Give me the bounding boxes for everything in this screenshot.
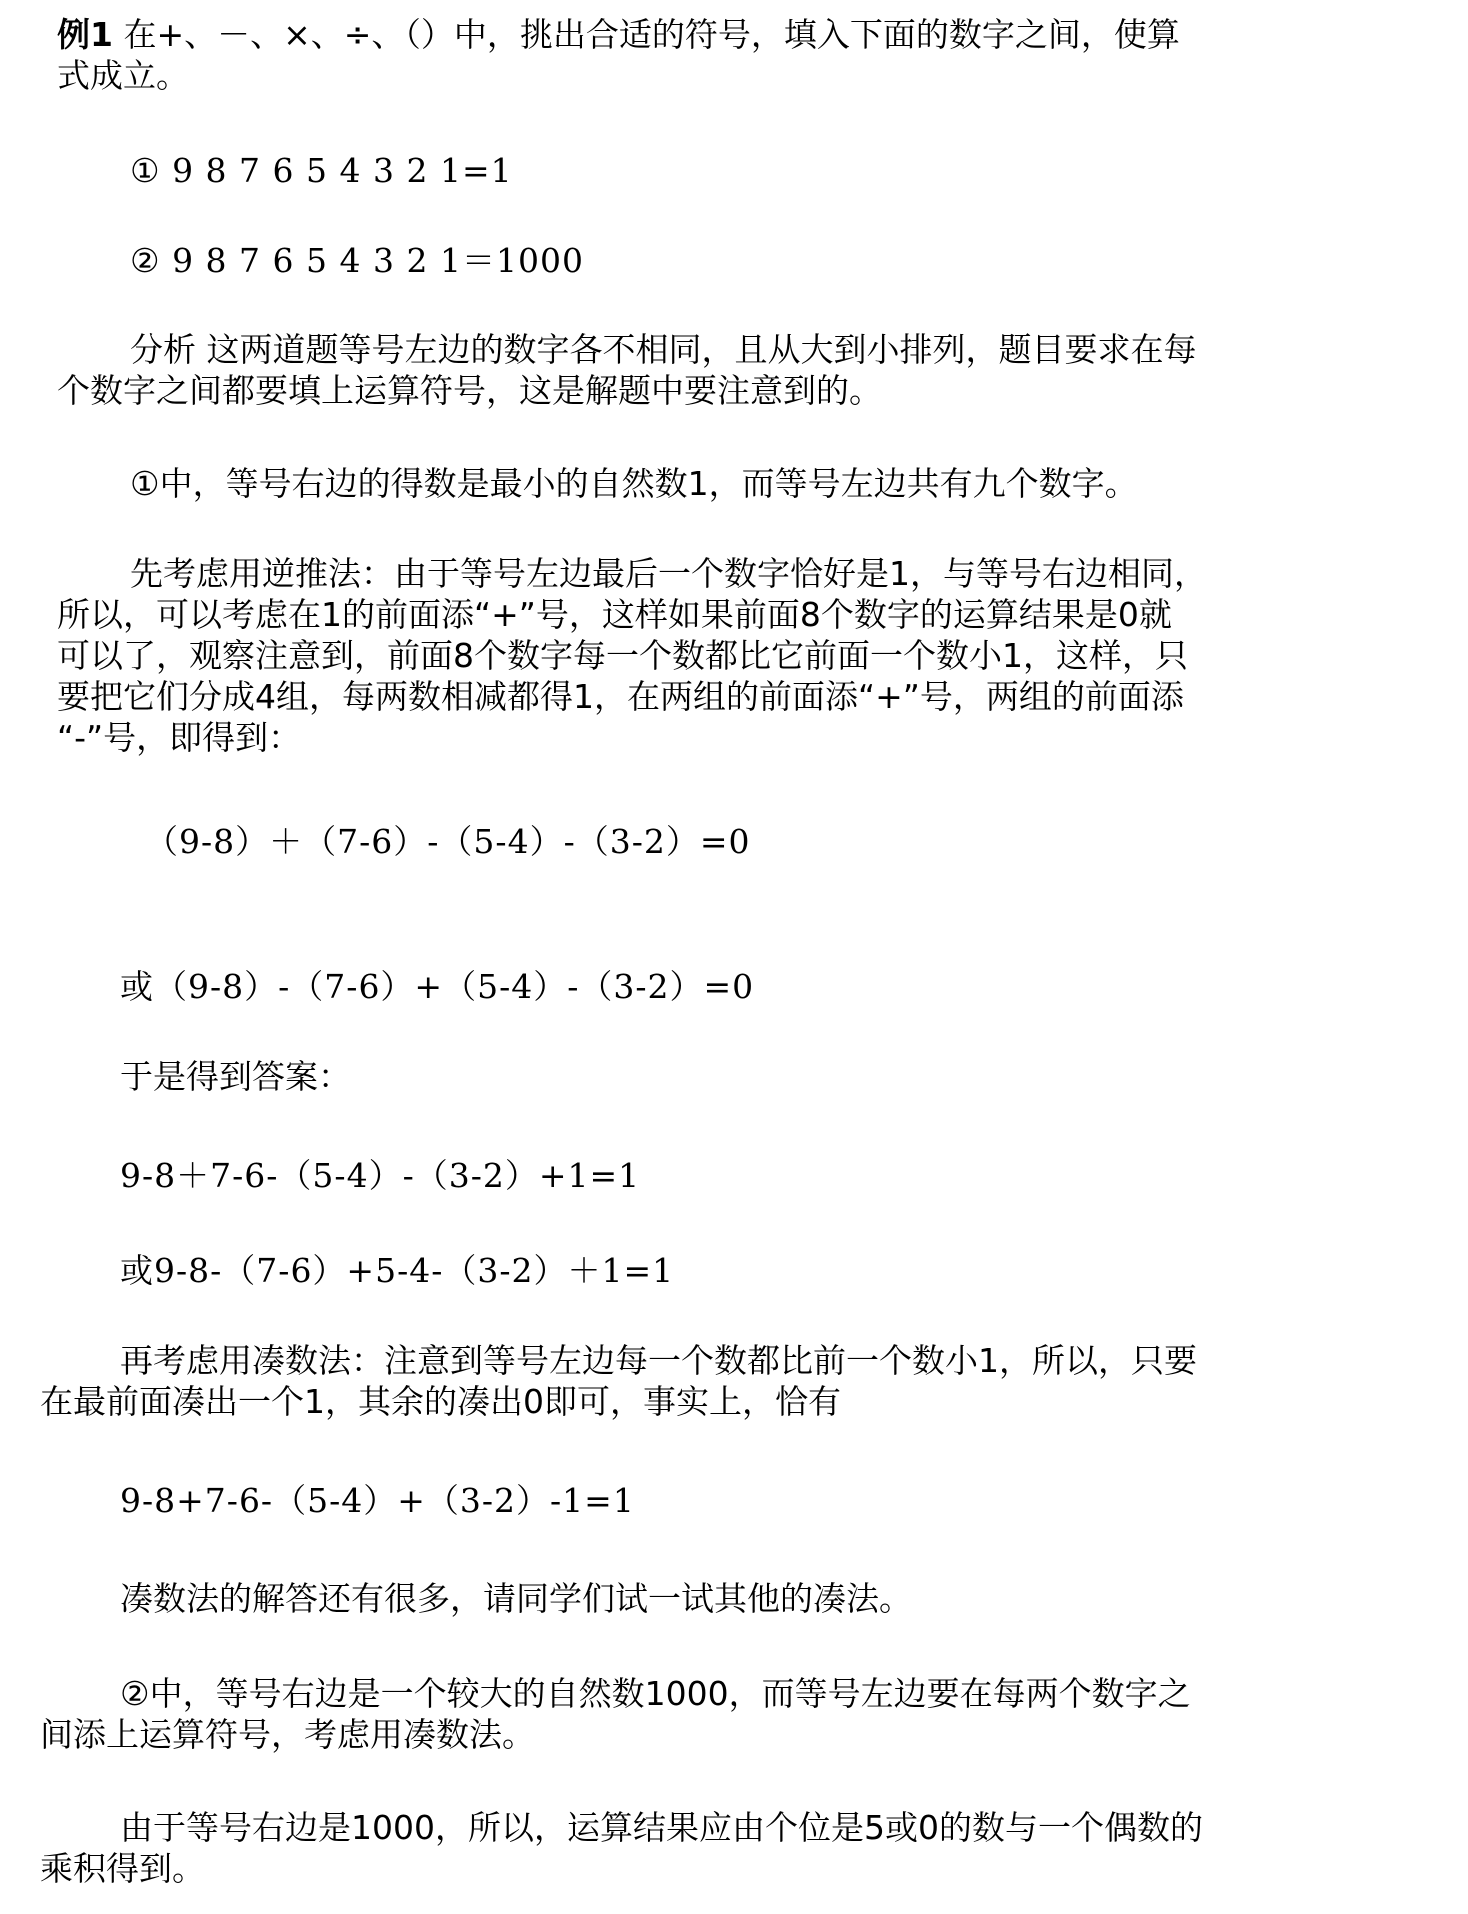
example-label: 例1 bbox=[57, 15, 113, 54]
question-line-2: 式成立。 bbox=[57, 55, 189, 96]
zero-equation-2: 或（9-8）-（7-6）+（5-4）-（3-2）=0 bbox=[120, 966, 754, 1007]
reverse-method-line-4: 要把它们分成4组，每两数相减都得1，在两组的前面添“+”号，两组的前面添 bbox=[57, 676, 1184, 717]
part2-reason-line-2: 乘积得到。 bbox=[40, 1848, 205, 1889]
problem-1: ① 9 8 7 6 5 4 3 2 1=1 bbox=[130, 150, 513, 191]
reverse-method-line-5: “-”号，即得到： bbox=[57, 717, 301, 758]
combine-equation: 9-8+7-6-（5-4）+（3-2）-1=1 bbox=[120, 1480, 635, 1521]
answer-equation-2: 或9-8-（7-6）+5-4-（3-2）＋1=1 bbox=[120, 1250, 674, 1291]
analysis-line-1: 分析 这两道题等号左边的数字各不相同，且从大到小排列，题目要求在每 bbox=[130, 329, 1197, 370]
part1-intro: ①中，等号右边的得数是最小的自然数1，而等号左边共有九个数字。 bbox=[130, 463, 1138, 504]
part2-intro-line-1: ②中，等号右边是一个较大的自然数1000，而等号左边要在每两个数字之 bbox=[120, 1673, 1191, 1714]
reverse-method-line-3: 可以了，观察注意到，前面8个数字每一个数都比它前面一个数小1，这样，只 bbox=[57, 635, 1188, 676]
zero-equation-1: （9-8）＋（7-6）-（5-4）-（3-2）=0 bbox=[145, 821, 751, 862]
combine-method-line-1: 再考虑用凑数法：注意到等号左边每一个数都比前一个数小1，所以，只要 bbox=[120, 1340, 1197, 1381]
reverse-method-line-1: 先考虑用逆推法：由于等号左边最后一个数字恰好是1，与等号右边相同， bbox=[130, 553, 1207, 594]
answer-equation-1: 9-8＋7-6-（5-4）-（3-2）+1=1 bbox=[120, 1155, 640, 1196]
question-text: 在+、－、×、÷、（）中，挑出合适的符号，填入下面的数字之间，使算 bbox=[123, 15, 1179, 54]
answer-label: 于是得到答案： bbox=[120, 1056, 351, 1097]
analysis-line-2: 个数字之间都要填上运算符号，这是解题中要注意到的。 bbox=[57, 370, 882, 411]
combine-note: 凑数法的解答还有很多，请同学们试一试其他的凑法。 bbox=[120, 1578, 912, 1619]
combine-method-line-2: 在最前面凑出一个1，其余的凑出0即可，事实上，恰有 bbox=[40, 1381, 841, 1422]
part2-intro-line-2: 间添上运算符号，考虑用凑数法。 bbox=[40, 1714, 535, 1755]
question-line-1: 例1 在+、－、×、÷、（）中，挑出合适的符号，填入下面的数字之间，使算 bbox=[57, 14, 1180, 55]
part2-reason-line-1: 由于等号右边是1000，所以，运算结果应由个位是5或0的数与一个偶数的 bbox=[120, 1807, 1203, 1848]
problem-2: ② 9 8 7 6 5 4 3 2 1＝1000 bbox=[130, 240, 584, 281]
reverse-method-line-2: 所以，可以考虑在1的前面添“+”号，这样如果前面8个数字的运算结果是0就 bbox=[57, 594, 1172, 635]
